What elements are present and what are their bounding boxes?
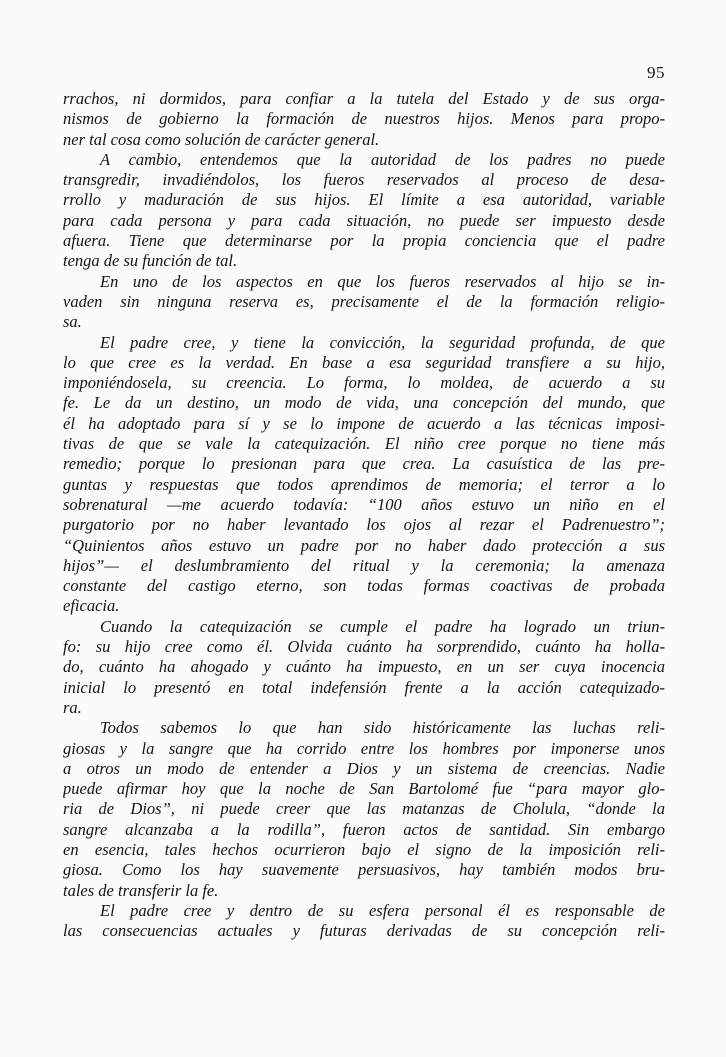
text-line: fe. Le da un destino, un modo de vida, u… [63,393,665,413]
text-line: Cuando la catequización se cumple el pad… [63,617,665,637]
text-line: lo que cree es la verdad. En base a esa … [63,353,665,373]
page-number: 95 [63,63,665,83]
text-line: a otros un modo de entender a Dios y un … [63,759,665,779]
text-line: constante del castigo eterno, son todas … [63,576,665,596]
text-line: ra. [63,698,665,718]
text-line: tivas de que se vale la catequización. E… [63,434,665,454]
text-line: rrachos, ni dormidos, para confiar a la … [63,89,665,109]
paragraph: El padre cree, y tiene la convicción, la… [63,333,665,617]
text-line: tenga de su función de tal. [63,251,665,271]
text-line: él ha adoptado para sí y se lo impone de… [63,414,665,434]
text-line: ner tal cosa como solución de carácter g… [63,130,665,150]
paragraph: En uno de los aspectos en que los fueros… [63,272,665,333]
paragraph: rrachos, ni dormidos, para confiar a la … [63,89,665,150]
text-line: sobrenatural —me acuerdo todavía: “100 a… [63,495,665,515]
text-line: giosa. Como los hay suavemente persuasiv… [63,860,665,880]
text-line: do, cuánto ha ahogado y cuánto ha impues… [63,657,665,677]
text-line: sa. [63,312,665,332]
text-line: en esencia, tales hechos ocurrieron bajo… [63,840,665,860]
text-line: “Quinientos años estuvo un padre por no … [63,536,665,556]
text-line: las consecuencias actuales y futuras der… [63,921,665,941]
text-line: vaden sin ninguna reserva es, precisamen… [63,292,665,312]
text-line: nismos de gobierno la formación de nuest… [63,109,665,129]
scan-page: 95 rrachos, ni dormidos, para confiar a … [0,0,726,1057]
text-line: Todos sabemos lo que han sido históricam… [63,718,665,738]
text-line: fo: su hijo cree como él. Olvida cuánto … [63,637,665,657]
paragraph: A cambio, entendemos que la autoridad de… [63,150,665,272]
text-line: El padre cree, y tiene la convicción, la… [63,333,665,353]
text-line: puede afirmar hoy que la noche de San Ba… [63,779,665,799]
text-line: El padre cree y dentro de su esfera pers… [63,901,665,921]
text-line: tales de transferir la fe. [63,881,665,901]
text-line: hijos”— el deslumbramiento del ritual y … [63,556,665,576]
text-line: remedio; porque lo presionan para que cr… [63,454,665,474]
text-line: para cada persona y para cada situación,… [63,211,665,231]
text-line: transgredir, invadiéndolos, los fueros r… [63,170,665,190]
paragraph: El padre cree y dentro de su esfera pers… [63,901,665,942]
text-line: eficacia. [63,596,665,616]
text-line: afuera. Tiene que determinarse por la pr… [63,231,665,251]
text-line: ria de Dios”, ni puede creer que las mat… [63,799,665,819]
paragraph: Cuando la catequización se cumple el pad… [63,617,665,718]
text-line: A cambio, entendemos que la autoridad de… [63,150,665,170]
text-line: imponiéndosela, su creencia. Lo forma, l… [63,373,665,393]
text-line: inicial lo presentó en total indefensión… [63,678,665,698]
text-line: guntas y respuestas que todos aprendimos… [63,475,665,495]
page-text: rrachos, ni dormidos, para confiar a la … [63,89,665,941]
text-line: rrollo y maduración de sus hijos. El lím… [63,190,665,210]
text-line: sangre alcanzaba a la rodilla”, fueron a… [63,820,665,840]
paragraph: Todos sabemos lo que han sido históricam… [63,718,665,901]
text-line: giosas y la sangre que ha corrido entre … [63,739,665,759]
text-line: purgatorio por no haber levantado los oj… [63,515,665,535]
text-line: En uno de los aspectos en que los fueros… [63,272,665,292]
